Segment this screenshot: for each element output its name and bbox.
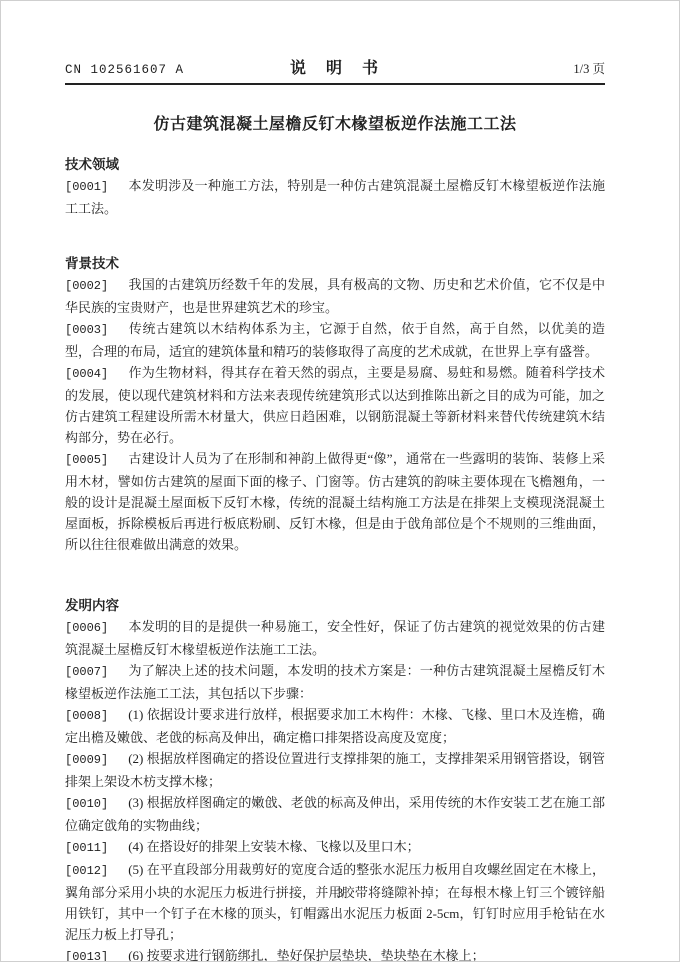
paragraph-number: [0007] — [65, 665, 128, 679]
paragraph-0012: [0012](5) 在平直段部分用裁剪好的宽度合适的整张水泥压力板用自攻螺丝固定… — [65, 859, 605, 945]
paragraph-text: 本发明涉及一种施工方法，特别是一种仿古建筑混凝土屋檐反钉木椽望板逆作法施工工法。 — [65, 178, 605, 216]
paragraph-text: (1) 依据设计要求进行放样，根据要求加工木构件：木椽、飞椽、里口木及连檐，确定… — [65, 707, 605, 745]
paragraph-text: 作为生物材料，得其存在着天然的弱点，主要是易腐、易蛀和易燃。随着科学技术的发展，… — [65, 365, 605, 445]
paragraph-number: [0011] — [65, 841, 128, 855]
paragraph-number: [0010] — [65, 797, 128, 811]
section-heading-summary: 发明内容 — [65, 595, 605, 616]
paragraph-number: [0009] — [65, 753, 128, 767]
paragraph-number: [0005] — [65, 453, 128, 467]
paragraph-number: [0003] — [65, 323, 128, 337]
paragraph-text: (4) 在搭设好的排架上安装木椽、飞椽以及里口木； — [128, 839, 419, 854]
paragraph-0011: [0011](4) 在搭设好的排架上安装木椽、飞椽以及里口木； — [65, 836, 605, 859]
specification-body: 技术领域 [0001]本发明涉及一种施工方法，特别是一种仿古建筑混凝土屋檐反钉木… — [65, 154, 605, 962]
paragraph-0005: [0005]古建设计人员为了在形制和神韵上做得更“像”，通常在一些露明的装饰、装… — [65, 448, 605, 555]
paragraph-0003: [0003]传统古建筑以木结构体系为主，它源于自然，依于自然，高于自然，以优美的… — [65, 318, 605, 362]
paragraph-number: [0008] — [65, 709, 128, 723]
document-type-title: 说 明 书 — [65, 55, 605, 78]
paragraph-0010: [0010](3) 根据放样图确定的嫩戗、老戗的标高及伸出，采用传统的木作安装工… — [65, 792, 605, 836]
section-heading-background: 背景技术 — [65, 253, 605, 274]
paragraph-text: 我国的古建筑历经数千年的发展，具有极高的文物、历史和艺术价值，它不仅是中华民族的… — [65, 277, 605, 315]
paragraph-0008: [0008](1) 依据设计要求进行放样，根据要求加工木构件：木椽、飞椽、里口木… — [65, 704, 605, 748]
paragraph-text: 本发明的目的是提供一种易施工，安全性好，保证了仿古建筑的视觉效果的仿古建筑混凝土… — [65, 619, 605, 657]
paragraph-text: (5) 在平直段部分用裁剪好的宽度合适的整张水泥压力板用自攻螺丝固定在木椽上，翼… — [65, 862, 605, 942]
paragraph-number: [0013] — [65, 950, 128, 962]
invention-title: 仿古建筑混凝土屋檐反钉木椽望板逆作法施工工法 — [65, 111, 605, 134]
paragraph-number: [0001] — [65, 180, 128, 194]
paragraph-text: 古建设计人员为了在形制和神韵上做得更“像”，通常在一些露明的装饰、装修上采用木材… — [65, 451, 605, 552]
paragraph-text: (6) 按要求进行钢筋绑扎，垫好保护层垫块，垫块垫在木椽上； — [128, 948, 484, 962]
paragraph-0002: [0002]我国的古建筑历经数千年的发展，具有极高的文物、历史和艺术价值，它不仅… — [65, 274, 605, 318]
paragraph-number: [0012] — [65, 864, 128, 878]
page-indicator: 1/3 页 — [573, 59, 605, 77]
paragraph-text: (3) 根据放样图确定的嫩戗、老戗的标高及伸出，采用传统的木作安装工艺在施工部位… — [65, 795, 605, 833]
paragraph-0013: [0013](6) 按要求进行钢筋绑扎，垫好保护层垫块，垫块垫在木椽上； — [65, 945, 605, 962]
section-heading-technical-field: 技术领域 — [65, 154, 605, 175]
paragraph-0004: [0004]作为生物材料，得其存在着天然的弱点，主要是易腐、易蛀和易燃。随着科学… — [65, 362, 605, 448]
page-header: CN 102561607 A 说 明 书 1/3 页 — [65, 1, 605, 85]
paragraph-text: (2) 根据放样图确定的搭设位置进行支撑排架的施工，支撑排架采用钢管搭设，钢管排… — [65, 751, 605, 789]
paragraph-number: [0004] — [65, 367, 128, 381]
paragraph-0009: [0009](2) 根据放样图确定的搭设位置进行支撑排架的施工，支撑排架采用钢管… — [65, 748, 605, 792]
paragraph-0007: [0007]为了解决上述的技术问题，本发明的技术方案是：一种仿古建筑混凝土屋檐反… — [65, 660, 605, 704]
patent-specification-page: CN 102561607 A 说 明 书 1/3 页 仿古建筑混凝土屋檐反钉木椽… — [0, 0, 680, 962]
paragraph-0006: [0006]本发明的目的是提供一种易施工，安全性好，保证了仿古建筑的视觉效果的仿… — [65, 616, 605, 660]
paragraph-text: 传统古建筑以木结构体系为主，它源于自然，依于自然，高于自然，以优美的造型，合理的… — [65, 321, 605, 359]
paragraph-number: [0006] — [65, 621, 128, 635]
paragraph-number: [0002] — [65, 279, 128, 293]
paragraph-text: 为了解决上述的技术问题，本发明的技术方案是：一种仿古建筑混凝土屋檐反钉木椽望板逆… — [65, 663, 605, 701]
page-number: 3 — [1, 885, 679, 901]
paragraph-0001: [0001]本发明涉及一种施工方法，特别是一种仿古建筑混凝土屋檐反钉木椽望板逆作… — [65, 175, 605, 219]
page-content: CN 102561607 A 说 明 书 1/3 页 仿古建筑混凝土屋檐反钉木椽… — [65, 1, 605, 962]
